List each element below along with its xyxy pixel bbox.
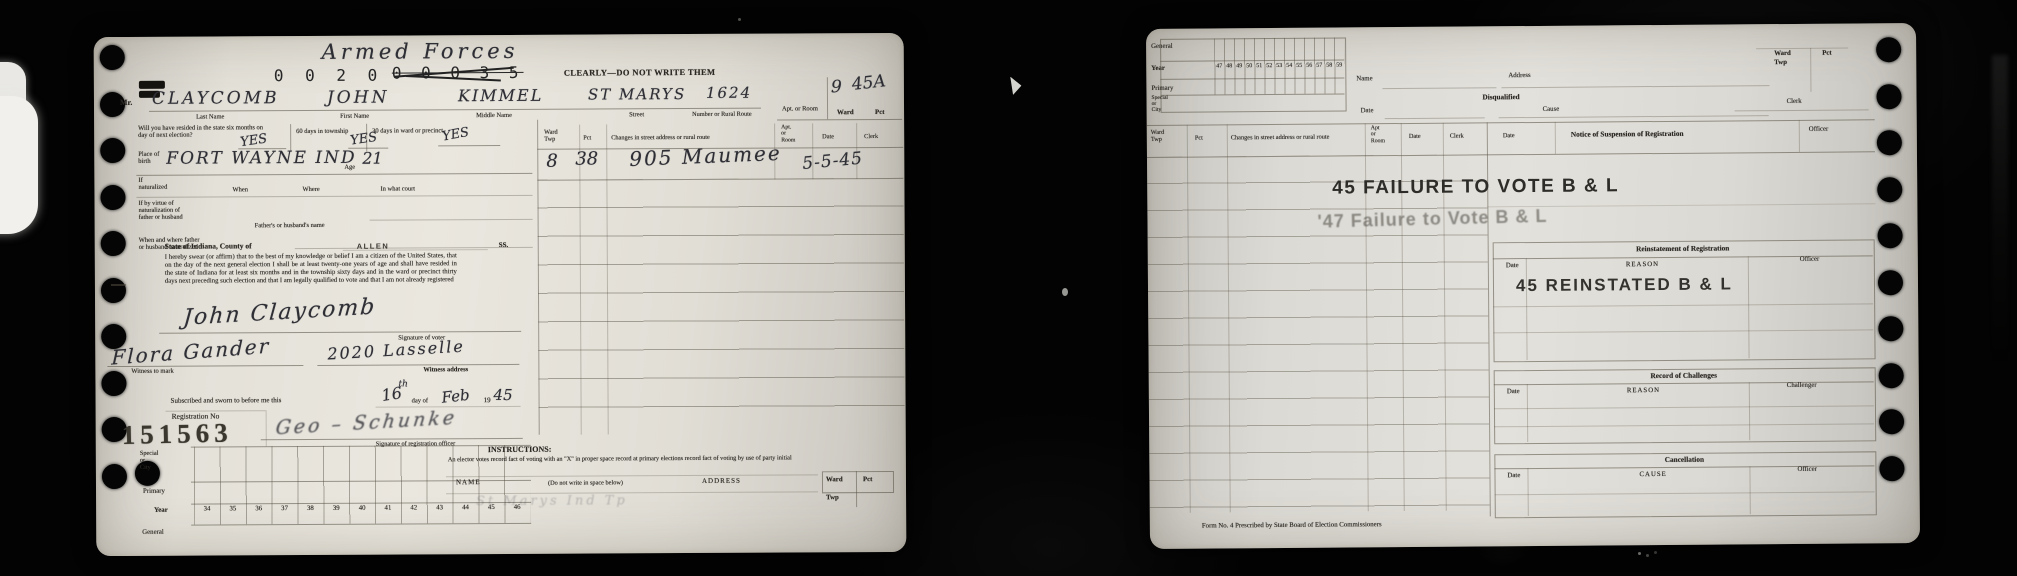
label-witness-address: Witness address: [423, 366, 468, 373]
microfilm-background: Armed Forces 0 0 2 0 0 0 0 3 5 CLEARLY—D…: [0, 0, 2017, 576]
punch-hole: [1876, 84, 1901, 109]
year-cell: 41: [375, 505, 401, 512]
instructions-title: INSTRUCTIONS:: [488, 446, 552, 455]
sworn-day-suffix: th: [398, 379, 407, 389]
rule: [1499, 115, 1769, 118]
changes-row-ward: 8: [546, 151, 558, 172]
armed-forces-annotation: Armed Forces: [322, 39, 519, 64]
label-pct: Pct: [875, 109, 884, 117]
reinstatement-officer-label: Officer: [1800, 256, 1820, 264]
cancellation-officer-label: Officer: [1797, 466, 1817, 474]
sworn-month: Feb: [441, 386, 471, 407]
label-ward: Ward: [837, 109, 854, 117]
punch-hole: [100, 138, 125, 163]
label-address: Address: [1508, 72, 1530, 80]
label-corner-ward: Ward: [1774, 50, 1791, 58]
year-cell: 39: [323, 505, 349, 512]
changes-row-date: 5-5-45: [802, 148, 864, 174]
label-corner-twp: Twp: [1774, 59, 1787, 67]
punch-hole: [101, 370, 126, 395]
label-disqualified: Disqualified: [1482, 93, 1519, 101]
punch-hole: [1877, 130, 1902, 155]
voter-signature: John Claycomb: [182, 295, 377, 331]
label-year-prefix: 19: [484, 397, 491, 405]
witness-address: 2020 Lasselle: [327, 337, 465, 364]
affidavit-body: I hereby swear (or affirm) that to the b…: [165, 252, 457, 286]
label-year: Year: [154, 507, 168, 515]
year-cell: 47: [1214, 63, 1224, 69]
punch-hole: [1878, 316, 1903, 341]
serial-number-stamp: 0 0 2 0: [274, 66, 384, 86]
table-header-apt: Apt or Room: [1371, 125, 1385, 144]
instructions-body: An elector votes record fact of voting w…: [448, 454, 848, 464]
label-last-name: Last Name: [196, 113, 224, 120]
punch-hole: [1879, 363, 1904, 388]
stamp-reinstated-45: 45 REINSTATED B & L: [1516, 274, 1733, 296]
name-first: JOHN: [327, 88, 390, 108]
rule: [777, 119, 902, 121]
punch-hole: [1877, 177, 1902, 202]
prefix-mr: Mr.: [120, 99, 132, 108]
label-subscribed-sworn: Subscribed and sworn to before me this: [171, 397, 282, 405]
label-middle-name: Middle Name: [476, 112, 512, 119]
changes-row-changes: 905 Maumee: [629, 141, 782, 171]
rule: [1385, 117, 1485, 119]
punch-hole: [1879, 456, 1904, 481]
label-street: Street: [629, 111, 644, 118]
label-pct-col: Pct: [863, 476, 872, 484]
year-cell: 55: [1294, 63, 1304, 69]
label-virtue-naturalization: If by virtue of naturalization of father…: [138, 200, 182, 221]
name-middle: KIMMEL: [458, 86, 543, 105]
label-special-or-city: Special or City: [140, 450, 159, 472]
challenges-challenger-label: Challenger: [1787, 382, 1817, 390]
film-light-blob: [0, 96, 38, 234]
rule: [136, 195, 532, 198]
rule: [1382, 87, 1496, 89]
label-cause: Cause: [1543, 106, 1560, 114]
rule: [1487, 203, 1875, 207]
affidavit-ss: SS.: [499, 242, 509, 250]
blacked-out-miss: [139, 81, 165, 89]
year-cell: 35: [220, 505, 246, 512]
year-cell: 54: [1284, 63, 1294, 69]
label-name: Name: [1356, 75, 1372, 83]
form-footer: Form No. 4 Prescribed by State Board of …: [1202, 521, 1382, 530]
label-apt-room: Apt. or Room: [782, 105, 818, 112]
punch-hole: [100, 184, 125, 209]
street-value: ST MARYS: [588, 85, 686, 104]
sworn-year: 45: [493, 386, 512, 404]
year-cell: 40: [349, 505, 375, 512]
rule: [827, 77, 828, 119]
year-cell: 43: [427, 504, 453, 511]
year-cell: 58: [1324, 63, 1334, 69]
changes-header-clerk: Clerk: [864, 133, 878, 140]
label-when: When: [232, 186, 248, 193]
rule: [856, 471, 857, 507]
birth-value: FORT WAYNE IND: [166, 148, 356, 169]
label-twp-col: Twp: [826, 494, 839, 502]
rule: [107, 365, 303, 367]
punch-hole: [102, 463, 127, 488]
label-ward-col: Ward: [826, 476, 843, 484]
label-in-what-court: In what court: [380, 185, 415, 192]
rule: [343, 249, 488, 251]
challenges-reason-label: REASON: [1627, 387, 1660, 395]
year-cell: 53: [1274, 63, 1284, 69]
changes-row-pct: 38: [575, 148, 598, 169]
punch-hole-column: [1876, 37, 1904, 481]
year-row: 47 48 49 50 51 52 53 54 55 56 57 58 59: [1214, 62, 1344, 69]
punch-hole: [1876, 37, 1901, 62]
rule: [159, 331, 521, 334]
year-cell: 56: [1304, 63, 1314, 69]
punch-hole: [101, 277, 126, 302]
punch-hole: [1878, 223, 1903, 248]
year-cell: 59: [1334, 62, 1344, 68]
label-do-not-write: (Do not write in space below): [548, 479, 623, 486]
label-corner-pct: Pct: [1822, 50, 1831, 58]
year-cell: 49: [1234, 63, 1244, 69]
question-township: 60 days in township: [296, 128, 354, 136]
film-artifact: [738, 18, 741, 21]
rule: [136, 173, 532, 176]
label-witness-to-mark: Witness to mark: [131, 368, 173, 375]
label-number-rural: Number or Rural Route: [692, 111, 752, 118]
year-cell: 37: [272, 505, 298, 512]
voter-card-front: Armed Forces 0 0 2 0 0 0 0 3 5 CLEARLY—D…: [94, 33, 907, 556]
label-age: Age: [344, 164, 355, 171]
label-date: Date: [1361, 107, 1374, 115]
label-place-of-birth: Place of birth: [138, 151, 159, 166]
film-artifact: [1992, 55, 2008, 365]
affidavit-heading: State of Indiana, County of: [165, 242, 252, 251]
table-header-changes: Changes in street address or rural route: [1231, 134, 1330, 142]
table-header-clerk: Clerk: [1450, 133, 1464, 140]
label-general: General: [142, 529, 164, 537]
punch-hole: [1879, 409, 1904, 434]
year-cell: 57: [1314, 63, 1324, 69]
punch-hole: [1878, 270, 1903, 295]
witness-signature: Flora Gander: [111, 334, 270, 370]
changes-header-apt: Apt. or Room: [781, 124, 795, 143]
year-cell: 48: [1224, 63, 1234, 69]
name-last: CLAYCOMB: [152, 88, 280, 109]
rule: [266, 410, 267, 446]
changes-header-ward-twp: Ward Twp: [544, 129, 558, 143]
cancellation-date-label: Date: [1507, 472, 1520, 480]
year-cell: 51: [1254, 63, 1264, 69]
label-corner-clerk: Clerk: [1787, 98, 1802, 106]
table-header-notice: Notice of Suspension of Registration: [1571, 130, 1684, 139]
year-cell: 38: [297, 505, 323, 512]
reinstatement-date-label: Date: [1506, 262, 1519, 270]
ghost-handwriting: St Marys Ind Tp: [476, 493, 628, 509]
margin-dash: [111, 284, 126, 286]
print-notice: CLEARLY—DO NOT WRITE THEM: [564, 68, 716, 78]
question-ward-precinct: 30 days in ward or precinct: [372, 127, 444, 135]
rule: [370, 219, 533, 221]
rule: [1756, 48, 1848, 50]
year-cell: 36: [246, 505, 272, 512]
registration-number-stamp: 151563: [121, 417, 233, 450]
rule: [1799, 120, 1800, 152]
reinstatement-reason-label: REASON: [1626, 261, 1659, 269]
ward-value: 9: [831, 77, 842, 97]
rule: [1555, 122, 1556, 154]
challenges-date-label: Date: [1507, 388, 1520, 396]
label-day-of: day of: [412, 397, 428, 404]
year-cell: 34: [194, 505, 220, 512]
changes-header-pct: Pct: [583, 135, 591, 142]
label-if-naturalized: If naturalized: [138, 177, 167, 192]
stamp-failure-45: 45 FAILURE TO VOTE B & L: [1332, 175, 1619, 199]
film-artifact: [1638, 552, 1641, 555]
label-name-column: NAME: [456, 479, 481, 487]
age-value: 21: [362, 149, 382, 168]
rule: [438, 145, 500, 146]
table-header-susp-date: Date: [1503, 132, 1515, 139]
number-value: 1624: [706, 84, 752, 102]
year-cell: 50: [1244, 63, 1254, 69]
table-header-ward-twp: Ward Twp: [1151, 129, 1165, 143]
stamp-failure-47: '47 Failure to Vote B & L: [1317, 206, 1547, 233]
rule: [1147, 119, 1875, 126]
table-header-date: Date: [1409, 133, 1421, 140]
label-address-column: ADDRESS: [702, 478, 741, 486]
label-father-husband-name: Father's or husband's name: [255, 222, 325, 230]
label-first-name: First Name: [340, 113, 369, 120]
rule: [317, 364, 519, 366]
rule: [1501, 85, 1769, 88]
pct-value: 45A: [851, 71, 887, 95]
rule: [1735, 109, 1869, 111]
ruled-rows: [537, 178, 904, 435]
table-header-officer: Officer: [1809, 126, 1829, 134]
punch-hole: [101, 231, 126, 256]
year-cell: 52: [1264, 63, 1274, 69]
voter-card-back: General Year Primary Special or City 47 …: [1146, 23, 1920, 549]
answer-yes-3: YES: [441, 125, 470, 145]
cancellation-cause-label: CAUSE: [1639, 471, 1666, 479]
registrar-signature: Geo – Schunke: [275, 406, 459, 439]
rule: [1810, 48, 1811, 92]
year-cell: 42: [401, 504, 427, 511]
table-header-pct: Pct: [1195, 135, 1203, 142]
film-artifact: [1062, 288, 1068, 296]
year-cell: 44: [453, 504, 479, 511]
label-primary: Primary: [143, 488, 165, 496]
label-where: Where: [302, 186, 319, 193]
film-artifact: [1006, 77, 1023, 97]
changes-header-date: Date: [822, 133, 834, 140]
changes-header-changes: Changes in street address or rural route: [611, 134, 710, 142]
punch-hole: [100, 45, 125, 70]
